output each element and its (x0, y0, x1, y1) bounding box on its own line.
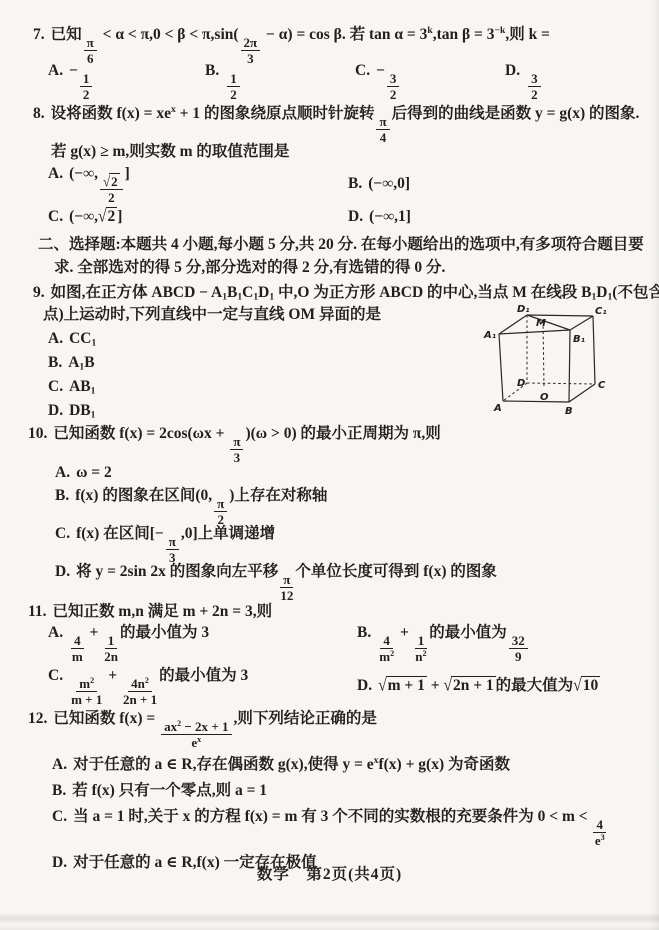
question-10-option-d: D.将 y = 2sin 2x 的图象向左平移π12个单位长度可得到 f(x) … (55, 561, 497, 603)
option-label: B. (357, 624, 371, 641)
option-c: C.(−∞,√2] (48, 206, 348, 228)
question-12-option-b: B.若 f(x) 只有一个零点,则 a = 1 (52, 780, 267, 802)
question-number: 7. (33, 26, 45, 43)
question-text: 点)上运动时,下列直线中一定与直线 OM 异面的是 (43, 306, 381, 323)
scan-edge-bottom (0, 924, 659, 930)
edge-A1B1 (499, 330, 570, 334)
vertex-label-B1: B₁ (573, 334, 585, 345)
option-label: C. (48, 667, 63, 684)
option-text: AB1 (69, 378, 95, 395)
option-text: f(x) 在区间[−π3,0]上单调递增 (76, 525, 275, 542)
vertex-label-A: A (493, 403, 502, 414)
question-text: 已知函数 f(x) = 2cos(ωx + π3)(ω > 0) 的最小正周期为… (53, 425, 440, 442)
option-a: A.CC1 (48, 328, 96, 349)
option-text: 当 a = 1 时,关于 x 的方程 f(x) = m 有 3 个不同的实数根的… (73, 808, 608, 825)
option-text: 将 y = 2sin 2x 的图象向左平移π12个单位长度可得到 f(x) 的图… (76, 563, 497, 580)
option-label: D. (505, 62, 520, 79)
edge-B1C1 (570, 316, 593, 330)
vertex-label-D: D (517, 378, 525, 389)
option-b: B.12 (205, 60, 355, 102)
question-8-options-cd: C.(−∞,√2] D.(−∞,1] (33, 206, 654, 228)
option-label: B. (52, 782, 66, 799)
option-text: 4m2 + 1n2的最小值为329 (377, 624, 530, 641)
option-text: (−∞,1] (369, 208, 411, 225)
option-text: ω = 2 (76, 464, 112, 481)
option-label: A. (48, 165, 63, 182)
edge-B1B (569, 330, 570, 402)
vertex-label-C1: C₁ (595, 306, 607, 317)
question-text: 已知函数 f(x) = ax2 − 2x + 1ex,则下列结论正确的是 (53, 710, 377, 727)
option-text: CC1 (69, 330, 96, 347)
edge-AB (503, 401, 569, 402)
question-10-option-b: B.f(x) 的图象在区间(0,π2)上存在对称轴 (55, 485, 327, 527)
option-text: (−∞,0] (368, 175, 410, 192)
option-text: 若 f(x) 只有一个零点,则 a = 1 (72, 782, 267, 799)
option-label: D. (348, 208, 363, 225)
option-label: C. (52, 808, 67, 825)
vertex-label-D1: D₁ (517, 304, 530, 315)
hidden-edge-DC (527, 383, 595, 384)
option-label: D. (48, 402, 63, 419)
option-text: f(x) 的图象在区间(0,π2)上存在对称轴 (75, 487, 327, 504)
question-7-options: A.−12 B.12 C.−32 D.32 (33, 60, 654, 102)
center-label-O: O (540, 392, 549, 403)
question-text: 已知π6 < α < π,0 < β < π,sin(2π3 − α) = co… (51, 26, 550, 43)
option-d: D.32 (505, 60, 654, 102)
question-11-options-ab: A.4m + 12n的最小值为 3 B.4m2 + 1n2的最小值为329 (33, 622, 654, 664)
option-label: A. (48, 624, 63, 641)
section-2-header-line2: 求. 全部选对的得 5 分,部分选对的得 2 分,有选错的得 0 分. (54, 257, 445, 279)
option-label: A. (55, 464, 70, 481)
option-label: A. (52, 756, 67, 773)
option-text: 32 (526, 62, 543, 79)
option-text: A1B (68, 354, 94, 371)
question-9-stem-line2: 点)上运动时,下列直线中一定与直线 OM 异面的是 (43, 304, 381, 326)
question-12-option-a: A.对于任意的 a ∈ R,存在偶函数 g(x),使得 y = exf(x) +… (52, 754, 510, 776)
option-label: B. (205, 62, 219, 79)
question-number: 11. (28, 603, 47, 620)
question-text: 已知正数 m,n 满足 m + 2n = 3,则 (53, 603, 273, 620)
option-text: −32 (376, 62, 401, 79)
question-12-stem: 12.已知函数 f(x) = ax2 − 2x + 1ex,则下列结论正确的是 (28, 708, 377, 750)
vertex-label-A1: A₁ (483, 330, 496, 341)
option-a: A.−12 (48, 60, 205, 102)
option-label: C. (48, 378, 63, 395)
option-text: (−∞,√22] (69, 165, 130, 182)
section-2-header-line1: 二、选择题:本题共 4 小题,每小题 5 分,共 20 分. 在每小题给出的选项… (38, 234, 644, 256)
option-label: B. (48, 354, 62, 371)
question-number: 9. (33, 284, 45, 301)
option-b: B.A1B (48, 352, 96, 373)
option-a: A.(−∞,√22] (48, 163, 348, 205)
option-d: D.√m + 1 + √2n + 1的最大值为√10 (357, 675, 654, 697)
question-9-options: A.CC1 B.A1B C.AB1 D.DB1 (48, 328, 96, 424)
question-8-stem: 8.设将函数 f(x) = xex + 1 的图象绕原点顺时针旋转π4后得到的曲… (33, 103, 639, 145)
option-label: C. (48, 208, 63, 225)
option-text: −12 (69, 62, 94, 79)
scan-shadow-band (0, 913, 659, 923)
option-label: C. (55, 525, 70, 542)
page-footer: 数学 第2页(共4页) (0, 864, 659, 886)
option-label: A. (48, 330, 63, 347)
edge-A1D1 (499, 315, 527, 334)
option-d: D.(−∞,1] (348, 206, 654, 228)
option-label: C. (355, 62, 370, 79)
diagonal-D1B1 (527, 315, 570, 330)
option-text: m2m + 1 + 4n22n + 1的最小值为 3 (69, 667, 248, 684)
option-d: D.DB1 (48, 400, 96, 421)
section-header-text: 二、选择题:本题共 4 小题,每小题 5 分,共 20 分. 在每小题给出的选项… (38, 236, 644, 253)
option-text: 12 (225, 62, 242, 79)
option-text: DB1 (69, 402, 95, 419)
option-text: (−∞,√2] (69, 208, 122, 225)
option-text: 对于任意的 a ∈ R,存在偶函数 g(x),使得 y = exf(x) + g… (73, 756, 510, 773)
question-text: 若 g(x) ≥ m,则实数 m 的取值范围是 (51, 143, 289, 160)
question-12-option-c: C.当 a = 1 时,关于 x 的方程 f(x) = m 有 3 个不同的实数… (52, 806, 608, 848)
question-11-options-cd: C.m2m + 1 + 4n22n + 1的最小值为 3 D.√m + 1 + … (33, 665, 654, 707)
option-c: C.−32 (355, 60, 505, 102)
option-text: 4m + 12n的最小值为 3 (69, 624, 209, 641)
question-10-stem: 10.已知函数 f(x) = 2cos(ωx + π3)(ω > 0) 的最小正… (28, 423, 441, 465)
edge-BC (569, 384, 595, 402)
exam-page: 7.已知π6 < α < π,0 < β < π,sin(2π3 − α) = … (0, 0, 659, 930)
option-label: B. (348, 175, 362, 192)
edge-A1A (499, 334, 503, 401)
question-10-option-c: C.f(x) 在区间[−π3,0]上单调递增 (55, 523, 275, 565)
cube-figure: D₁ C₁ A₁ B₁ M D C A B O (477, 299, 651, 427)
option-label: D. (55, 563, 70, 580)
option-text: √m + 1 + √2n + 1的最大值为√10 (378, 677, 600, 694)
question-number: 12. (28, 710, 47, 727)
question-number: 8. (33, 105, 45, 122)
question-8-stem-line2: 若 g(x) ≥ m,则实数 m 的取值范围是 (51, 141, 289, 163)
option-b: B.(−∞,0] (348, 173, 654, 195)
question-8-options-ab: A.(−∞,√22] B.(−∞,0] (33, 163, 654, 205)
option-label: B. (55, 487, 69, 504)
page-footer-text: 数学 第2页(共4页) (257, 866, 402, 883)
scan-edge-right (650, 0, 659, 930)
edge-C1C (593, 316, 595, 384)
question-text: 设将函数 f(x) = xex + 1 的图象绕原点顺时针旋转π4后得到的曲线是… (51, 105, 640, 122)
option-b: B.4m2 + 1n2的最小值为329 (357, 622, 654, 664)
edge-D1C1 (527, 315, 593, 316)
option-label: D. (357, 677, 372, 694)
question-number: 10. (28, 425, 47, 442)
section-header-text: 求. 全部选对的得 5 分,部分选对的得 2 分,有选错的得 0 分. (54, 259, 445, 276)
option-a: A.4m + 12n的最小值为 3 (48, 622, 357, 664)
option-c: C.AB1 (48, 376, 96, 397)
vertex-label-C: C (598, 380, 606, 391)
vertex-label-B: B (565, 406, 573, 417)
option-label: A. (48, 62, 63, 79)
option-c: C.m2m + 1 + 4n22n + 1的最小值为 3 (48, 665, 357, 707)
vertex-label-M: M (536, 318, 546, 329)
question-10-option-a: A.ω = 2 (55, 462, 112, 484)
question-11-stem: 11.已知正数 m,n 满足 m + 2n = 3,则 (28, 601, 272, 623)
